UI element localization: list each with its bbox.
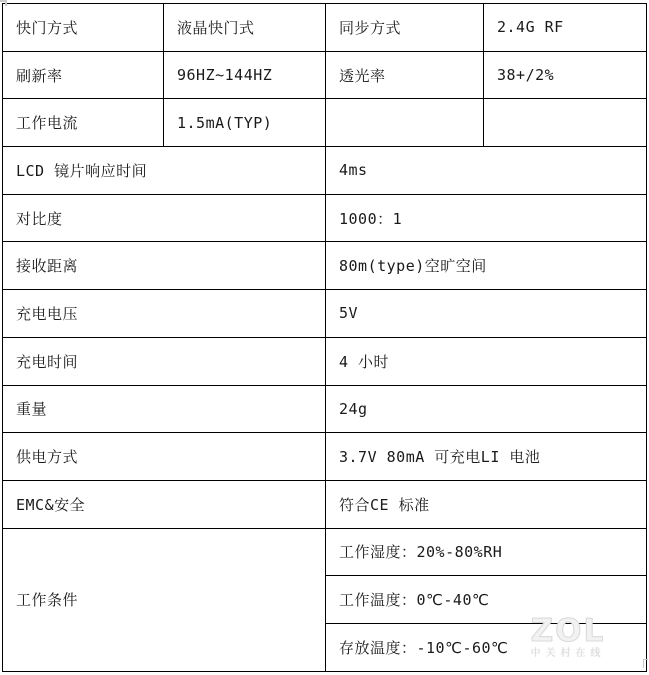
spec-label: 对比度	[3, 194, 326, 242]
spec-value	[484, 99, 647, 147]
table-row: 重量 24g	[3, 385, 647, 433]
spec-label: 充电时间	[3, 337, 326, 385]
table-row: 充电时间 4 小时	[3, 337, 647, 385]
spec-label: 同步方式	[326, 4, 484, 52]
spec-label: 快门方式	[3, 4, 164, 52]
table-row: EMC&安全 符合CE 标准	[3, 480, 647, 528]
table-row: 充电电压 5V	[3, 290, 647, 338]
table-row: 接收距离 80m(type)空旷空间	[3, 242, 647, 290]
spec-label-work-conditions: 工作条件	[3, 528, 326, 671]
spec-value: 3.7V 80mA 可充电LI 电池	[326, 433, 647, 481]
spec-value: 80m(type)空旷空间	[326, 242, 647, 290]
spec-label: 供电方式	[3, 433, 326, 481]
spec-value: 工作温度：0℃-40℃	[326, 576, 647, 624]
table-row: 快门方式 液晶快门式 同步方式 2.4G RF	[3, 4, 647, 52]
table-row: 刷新率 96HZ~144HZ 透光率 38+/2%	[3, 51, 647, 99]
corner-artifact-bottom-right	[643, 659, 648, 668]
spec-label: EMC&安全	[3, 480, 326, 528]
spec-value: 液晶快门式	[164, 4, 326, 52]
spec-label: 透光率	[326, 51, 484, 99]
table-row: 工作条件 工作湿度：20%-80%RH	[3, 528, 647, 576]
spec-label	[326, 99, 484, 147]
spec-value: 工作湿度：20%-80%RH	[326, 528, 647, 576]
table-row: 供电方式 3.7V 80mA 可充电LI 电池	[3, 433, 647, 481]
spec-value: 5V	[326, 290, 647, 338]
spec-value: 4 小时	[326, 337, 647, 385]
table-row: 工作电流 1.5mA(TYP)	[3, 99, 647, 147]
spec-value: 2.4G RF	[484, 4, 647, 52]
spec-label: 工作电流	[3, 99, 164, 147]
spec-value: 4ms	[326, 147, 647, 195]
spec-value: 38+/2%	[484, 51, 647, 99]
spec-value: 存放温度：-10℃-60℃	[326, 623, 647, 671]
spec-label: 充电电压	[3, 290, 326, 338]
spec-value: 24g	[326, 385, 647, 433]
table-row: 对比度 1000：1	[3, 194, 647, 242]
spec-value: 96HZ~144HZ	[164, 51, 326, 99]
spec-label: 接收距离	[3, 242, 326, 290]
spec-label: 重量	[3, 385, 326, 433]
spec-table: 快门方式 液晶快门式 同步方式 2.4G RF 刷新率 96HZ~144HZ 透…	[2, 3, 647, 672]
spec-value: 1.5mA(TYP)	[164, 99, 326, 147]
corner-artifact-top-left	[0, 0, 7, 6]
spec-value: 符合CE 标准	[326, 480, 647, 528]
spec-label: 刷新率	[3, 51, 164, 99]
spec-value: 1000：1	[326, 194, 647, 242]
spec-label: LCD 镜片响应时间	[3, 147, 326, 195]
table-row: LCD 镜片响应时间 4ms	[3, 147, 647, 195]
